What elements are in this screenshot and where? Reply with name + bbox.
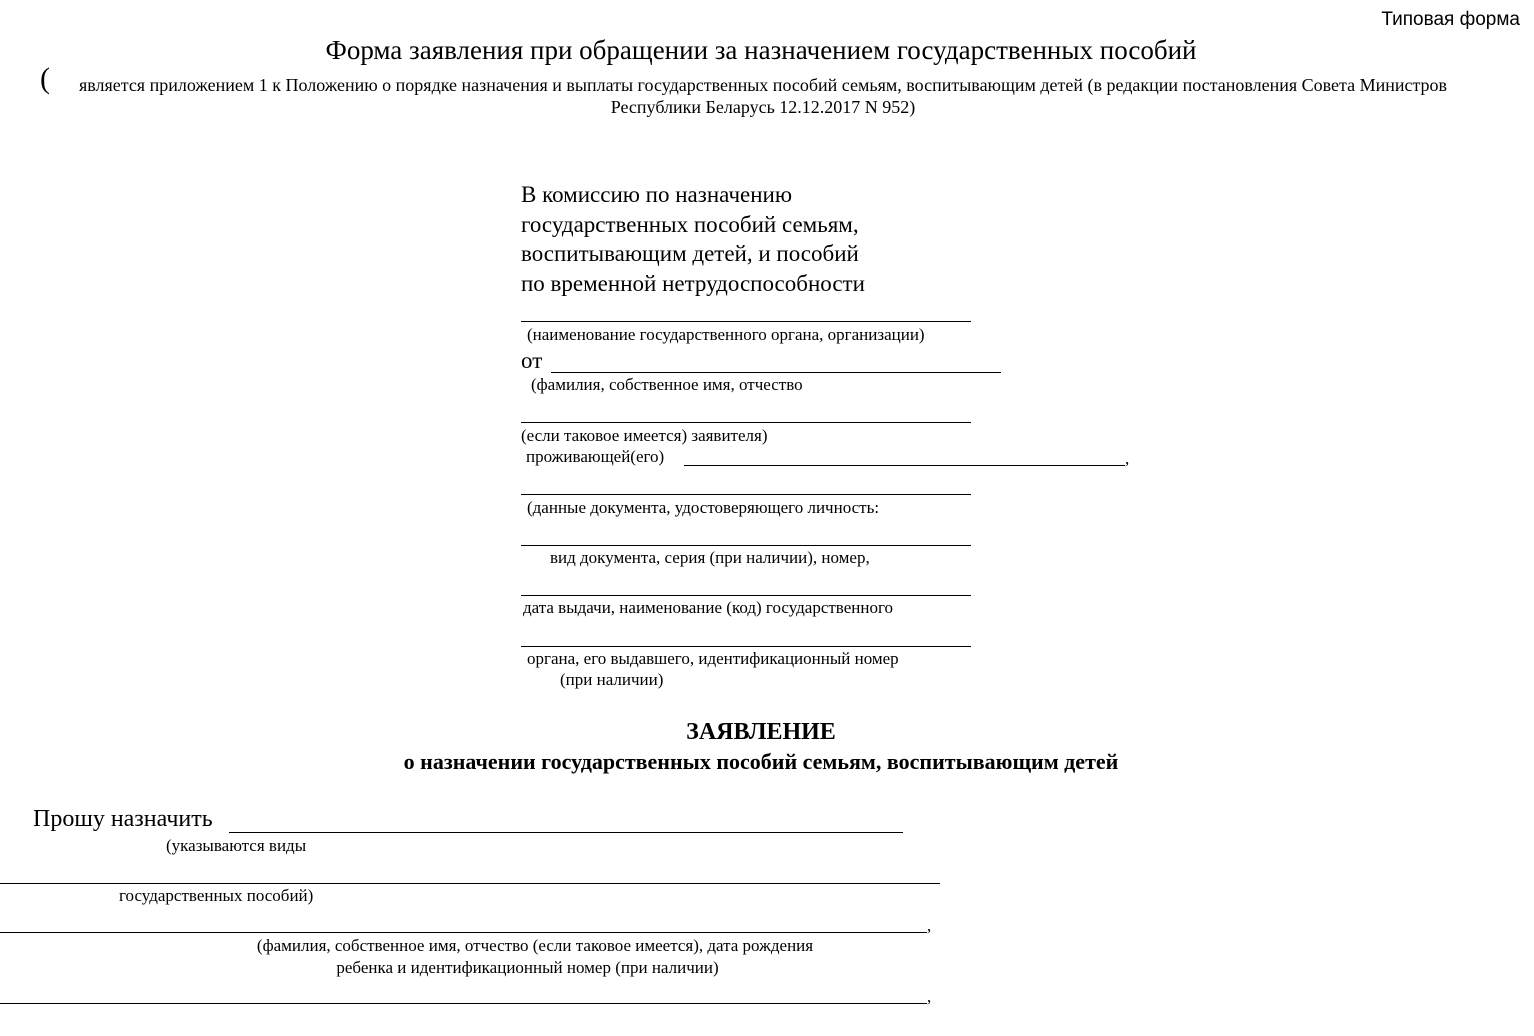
addressee-line-4: по временной нетрудоспособности: [521, 269, 865, 299]
applicant-name-caption-1: (фамилия, собственное имя, отчество: [531, 375, 803, 395]
residing-address-field[interactable]: [684, 465, 1125, 466]
addressee-line-3: воспитывающим детей, и пособий: [521, 239, 865, 269]
id-document-field-2[interactable]: [521, 595, 971, 596]
org-name-field[interactable]: [521, 321, 971, 322]
child-caption-2: ребенка и идентификационный номер (при н…: [0, 958, 1055, 978]
statement-subtitle: о назначении государственных пособий сем…: [0, 749, 1522, 775]
child-caption-1: (фамилия, собственное имя, отчество (есл…: [0, 936, 1070, 956]
residing-label: проживающей(его): [526, 447, 664, 467]
benefit-types-field[interactable]: [229, 832, 903, 833]
subtitle-open-paren: (: [40, 68, 50, 90]
document-subtitle: ( является приложением 1 к Положению о п…: [40, 74, 1486, 118]
form-type-label: Типовая форма: [1381, 9, 1520, 31]
id-document-field-1[interactable]: [521, 545, 971, 546]
address-field-2[interactable]: [521, 494, 971, 495]
from-label: от: [521, 348, 542, 374]
id-caption-3: дата выдачи, наименование (код) государс…: [523, 598, 893, 618]
org-name-caption: (наименование государственного органа, о…: [527, 325, 925, 345]
applicant-name-field-2[interactable]: [521, 422, 971, 423]
subtitle-line-2: Республики Беларусь 12.12.2017 N 952): [40, 96, 1486, 118]
id-caption-4: органа, его выдавшего, идентификационный…: [527, 649, 899, 669]
child-info-field-1[interactable]: [0, 932, 927, 933]
child-info-field-2[interactable]: [0, 1003, 927, 1004]
applicant-name-field[interactable]: [551, 372, 1001, 373]
addressee-line-1: В комиссию по назначению: [521, 180, 865, 210]
benefit-caption-1: (указываются виды: [166, 836, 306, 856]
benefit-types-field-2[interactable]: [0, 883, 940, 884]
addressee-block: В комиссию по назначению государственных…: [521, 180, 865, 298]
child-line-2-comma: ,: [927, 987, 931, 1007]
id-caption-5: (при наличии): [560, 670, 663, 690]
applicant-name-caption-2: (если таковое имеется) заявителя): [521, 426, 768, 446]
id-caption-1: (данные документа, удостоверяющего лично…: [527, 498, 879, 518]
subtitle-line-1: является приложением 1 к Положению о пор…: [40, 74, 1486, 96]
request-label: Прошу назначить: [33, 806, 213, 833]
document-title: Форма заявления при обращении за назначе…: [0, 35, 1522, 66]
residing-comma: ,: [1125, 449, 1129, 469]
id-document-field-3[interactable]: [521, 646, 971, 647]
id-caption-2: вид документа, серия (при наличии), номе…: [550, 548, 870, 568]
addressee-line-2: государственных пособий семьям,: [521, 210, 865, 240]
statement-title: ЗАЯВЛЕНИЕ: [0, 719, 1522, 746]
child-line-1-comma: ,: [927, 916, 931, 936]
benefit-caption-2: государственных пособий): [119, 886, 313, 906]
